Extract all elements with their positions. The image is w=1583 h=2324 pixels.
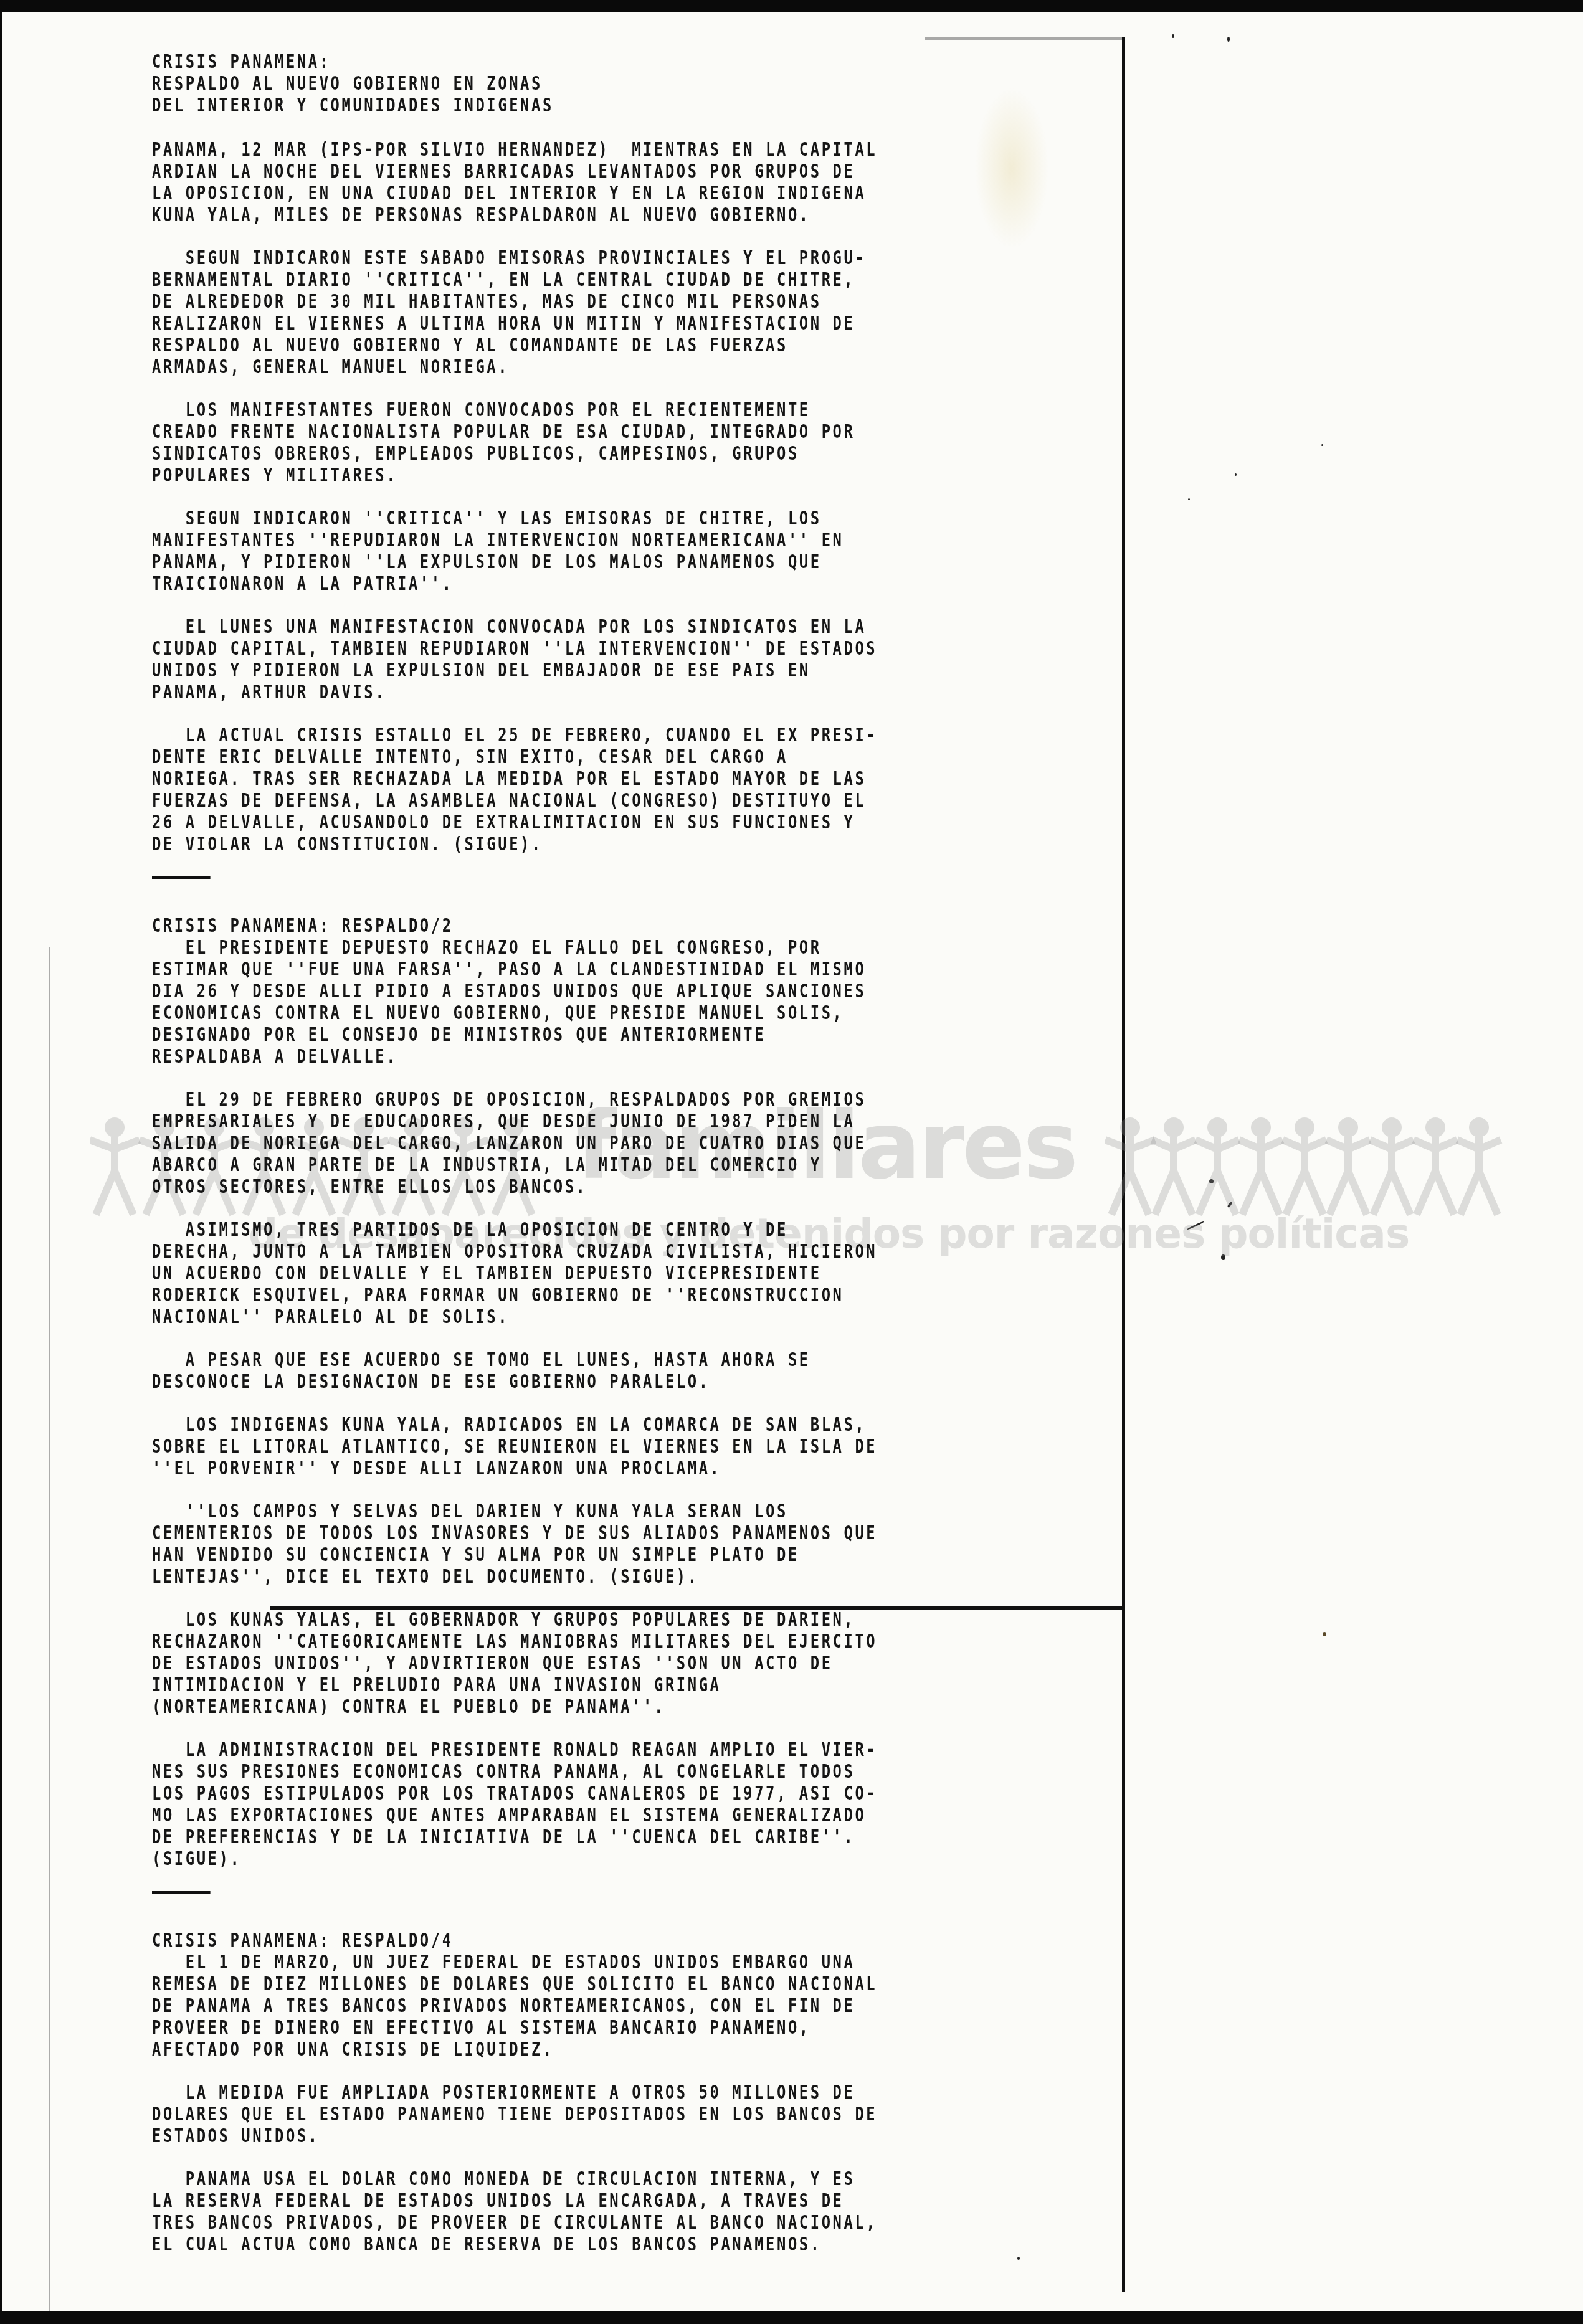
text-line: MO LAS EXPORTACIONES QUE ANTES AMPARABAN… bbox=[152, 1805, 1095, 1826]
text-line: (SIGUE). bbox=[152, 1848, 1095, 1870]
text-line: PANAMA, ARTHUR DAVIS. bbox=[152, 681, 1095, 703]
text-line: DERECHA, JUNTO A LA TAMBIEN OPOSITORA CR… bbox=[152, 1241, 1095, 1263]
paragraph: SEGUN INDICARON ''CRITICA'' Y LAS EMISOR… bbox=[152, 508, 1095, 595]
text-line: UN ACUERDO CON DELVALLE Y EL TAMBIEN DEP… bbox=[152, 1263, 1095, 1284]
text-line: DIA 26 Y DESDE ALLI PIDIO A ESTADOS UNID… bbox=[152, 980, 1095, 1002]
text-line: DOLARES QUE EL ESTADO PANAMENO TIENE DEP… bbox=[152, 2103, 1095, 2125]
paragraph: ''LOS CAMPOS Y SELVAS DEL DARIEN Y KUNA … bbox=[152, 1501, 1095, 1588]
text-line: ARDIAN LA NOCHE DEL VIERNES BARRICADAS L… bbox=[152, 161, 1095, 183]
section-slug: CRISIS PANAMENA: RESPALDO/2 bbox=[152, 915, 1095, 937]
text-line: NACIONAL'' PARALELO AL DE SOLIS. bbox=[152, 1306, 1095, 1328]
text-line: LOS INDIGENAS KUNA YALA, RADICADOS EN LA… bbox=[152, 1414, 1095, 1436]
paragraph: EL LUNES UNA MANIFESTACION CONVOCADA POR… bbox=[152, 616, 1095, 703]
text-line: DE ALREDEDOR DE 30 MIL HABITANTES, MAS D… bbox=[152, 291, 1095, 313]
headline: CRISIS PANAMENA:RESPALDO AL NUEVO GOBIER… bbox=[152, 51, 1095, 116]
paragraph: LOS MANIFESTANTES FUERON CONVOCADOS POR … bbox=[152, 399, 1095, 486]
paragraph: LOS INDIGENAS KUNA YALA, RADICADOS EN LA… bbox=[152, 1414, 1095, 1479]
text-line: KUNA YALA, MILES DE PERSONAS RESPALDARON… bbox=[152, 204, 1095, 226]
text-line: ESTIMAR QUE ''FUE UNA FARSA'', PASO A LA… bbox=[152, 959, 1095, 980]
text-line: TRAICIONARON A LA PATRIA''. bbox=[152, 573, 1095, 595]
text-line: LA ADMINISTRACION DEL PRESIDENTE RONALD … bbox=[152, 1739, 1095, 1761]
text-line: LOS MANIFESTANTES FUERON CONVOCADOS POR … bbox=[152, 399, 1095, 421]
text-line: CEMENTERIOS DE TODOS LOS INVASORES Y DE … bbox=[152, 1522, 1095, 1544]
headline-line: DEL INTERIOR Y COMUNIDADES INDIGENAS bbox=[152, 95, 1095, 116]
text-line: DENTE ERIC DELVALLE INTENTO, SIN EXITO, … bbox=[152, 746, 1095, 768]
section-end-dash bbox=[152, 1891, 211, 1894]
text-line: SEGUN INDICARON ESTE SABADO EMISORAS PRO… bbox=[152, 247, 1095, 269]
text-line: SALIDA DE NORIEGA DEL CARGO, LANZARON UN… bbox=[152, 1132, 1095, 1154]
text-line: EL 29 DE FEBRERO GRUPOS DE OPOSICION, RE… bbox=[152, 1089, 1095, 1111]
text-line: RESPALDO AL NUEVO GOBIERNO Y AL COMANDAN… bbox=[152, 334, 1095, 356]
paragraph: PANAMA USA EL DOLAR COMO MONEDA DE CIRCU… bbox=[152, 2168, 1095, 2255]
text-line: RESPALDABA A DELVALLE. bbox=[152, 1046, 1095, 1068]
text-line: REALIZARON EL VIERNES A ULTIMA HORA UN M… bbox=[152, 313, 1095, 334]
text-line: ESTADOS UNIDOS. bbox=[152, 2125, 1095, 2147]
dispatch-section: PANAMA, 12 MAR (IPS-POR SILVIO HERNANDEZ… bbox=[152, 139, 1095, 879]
article-column: CRISIS PANAMENA:RESPALDO AL NUEVO GOBIER… bbox=[152, 51, 1095, 2277]
dispatch-section: CRISIS PANAMENA: RESPALDO/2 EL PRESIDENT… bbox=[152, 915, 1095, 1588]
text-line: HAN VENDIDO SU CONCIENCIA Y SU ALMA POR … bbox=[152, 1544, 1095, 1566]
text-line: DE PANAMA A TRES BANCOS PRIVADOS NORTEAM… bbox=[152, 1995, 1095, 2017]
paragraph: LA ADMINISTRACION DEL PRESIDENTE RONALD … bbox=[152, 1739, 1095, 1870]
text-line: NES SUS PRESIONES ECONOMICAS CONTRA PANA… bbox=[152, 1761, 1095, 1783]
text-line: NORIEGA. TRAS SER RECHAZADA LA MEDIDA PO… bbox=[152, 768, 1095, 790]
left-margin-line bbox=[49, 947, 50, 2311]
article-body: PANAMA, 12 MAR (IPS-POR SILVIO HERNANDEZ… bbox=[152, 139, 1095, 2255]
text-line: DE PREFERENCIAS Y DE LA INICIATIVA DE LA… bbox=[152, 1826, 1095, 1848]
text-line: LENTEJAS'', DICE EL TEXTO DEL DOCUMENTO.… bbox=[152, 1566, 1095, 1588]
text-line: EL 1 DE MARZO, UN JUEZ FEDERAL DE ESTADO… bbox=[152, 1952, 1095, 1973]
column-border-line bbox=[1122, 37, 1125, 2292]
paragraph: A PESAR QUE ESE ACUERDO SE TOMO EL LUNES… bbox=[152, 1349, 1095, 1393]
dispatch-section: CRISIS PANAMENA: RESPALDO/4 EL 1 DE MARZ… bbox=[152, 1930, 1095, 2255]
text-line: EMPRESARIALES Y DE EDUCADORES, QUE DESDE… bbox=[152, 1111, 1095, 1132]
text-line: FUERZAS DE DEFENSA, LA ASAMBLEA NACIONAL… bbox=[152, 790, 1095, 812]
text-line: ECONOMICAS CONTRA EL NUEVO GOBIERNO, QUE… bbox=[152, 1002, 1095, 1024]
newspaper-clipping: familiares de desaparecidos y detenidos … bbox=[2, 12, 1583, 2311]
text-line: PANAMA, Y PIDIERON ''LA EXPULSION DE LOS… bbox=[152, 551, 1095, 573]
text-line: LA ACTUAL CRISIS ESTALLO EL 25 DE FEBRER… bbox=[152, 724, 1095, 746]
text-line: A PESAR QUE ESE ACUERDO SE TOMO EL LUNES… bbox=[152, 1349, 1095, 1371]
paragraph: EL 1 DE MARZO, UN JUEZ FEDERAL DE ESTADO… bbox=[152, 1952, 1095, 2061]
text-line: LOS PAGOS ESTIPULADOS POR LOS TRATADOS C… bbox=[152, 1783, 1095, 1805]
text-line: LA MEDIDA FUE AMPLIADA POSTERIORMENTE A … bbox=[152, 2082, 1095, 2103]
paragraph: LOS KUNAS YALAS, EL GOBERNADOR Y GRUPOS … bbox=[152, 1609, 1095, 1718]
text-line: BERNAMENTAL DIARIO ''CRITICA'', EN LA CE… bbox=[152, 269, 1095, 291]
text-line: CREADO FRENTE NACIONALISTA POPULAR DE ES… bbox=[152, 421, 1095, 443]
text-line: ''EL PORVENIR'' Y DESDE ALLI LANZARON UN… bbox=[152, 1458, 1095, 1479]
text-line: (NORTEAMERICANA) CONTRA EL PUEBLO DE PAN… bbox=[152, 1696, 1095, 1718]
paragraph: SEGUN INDICARON ESTE SABADO EMISORAS PRO… bbox=[152, 247, 1095, 378]
section-end-dash bbox=[152, 876, 211, 879]
text-line: SINDICATOS OBREROS, EMPLEADOS PUBLICOS, … bbox=[152, 443, 1095, 465]
top-edge-mark bbox=[925, 37, 1124, 40]
text-line: POPULARES Y MILITARES. bbox=[152, 465, 1095, 486]
text-line: ''LOS CAMPOS Y SELVAS DEL DARIEN Y KUNA … bbox=[152, 1501, 1095, 1522]
headline-line: CRISIS PANAMENA: bbox=[152, 51, 1095, 73]
text-line: CIUDAD CAPITAL, TAMBIEN REPUDIARON ''LA … bbox=[152, 638, 1095, 660]
text-line: DE VIOLAR LA CONSTITUCION. (SIGUE). bbox=[152, 833, 1095, 855]
text-line: ASIMISMO, TRES PARTIDOS DE LA OPOSICION … bbox=[152, 1219, 1095, 1241]
dispatch-section: LOS KUNAS YALAS, EL GOBERNADOR Y GRUPOS … bbox=[152, 1609, 1095, 1894]
paragraph: EL 29 DE FEBRERO GRUPOS DE OPOSICION, RE… bbox=[152, 1089, 1095, 1198]
text-line: SEGUN INDICARON ''CRITICA'' Y LAS EMISOR… bbox=[152, 508, 1095, 529]
text-line: UNIDOS Y PIDIERON LA EXPULSION DEL EMBAJ… bbox=[152, 660, 1095, 681]
headline-line: RESPALDO AL NUEVO GOBIERNO EN ZONAS bbox=[152, 73, 1095, 95]
text-line: INTIMIDACION Y EL PRELUDIO PARA UNA INVA… bbox=[152, 1674, 1095, 1696]
text-line: ABARCO A GRAN PARTE DE LA INDUSTRIA, LA … bbox=[152, 1154, 1095, 1176]
paragraph: EL PRESIDENTE DEPUESTO RECHAZO EL FALLO … bbox=[152, 937, 1095, 1068]
section-slug: CRISIS PANAMENA: RESPALDO/4 bbox=[152, 1930, 1095, 1952]
paragraph: LA ACTUAL CRISIS ESTALLO EL 25 DE FEBRER… bbox=[152, 724, 1095, 855]
text-line: MANIFESTANTES ''REPUDIARON LA INTERVENCI… bbox=[152, 529, 1095, 551]
text-line: AFECTADO POR UNA CRISIS DE LIQUIDEZ. bbox=[152, 2039, 1095, 2061]
text-line: EL LUNES UNA MANIFESTACION CONVOCADA POR… bbox=[152, 616, 1095, 638]
text-line: RECHAZARON ''CATEGORICAMENTE LAS MANIOBR… bbox=[152, 1631, 1095, 1653]
text-line: RODERICK ESQUIVEL, PARA FORMAR UN GOBIER… bbox=[152, 1284, 1095, 1306]
text-line: LA OPOSICION, EN UNA CIUDAD DEL INTERIOR… bbox=[152, 183, 1095, 204]
text-line: ARMADAS, GENERAL MANUEL NORIEGA. bbox=[152, 356, 1095, 378]
text-line: REMESA DE DIEZ MILLONES DE DOLARES QUE S… bbox=[152, 1973, 1095, 1995]
text-line: PROVEER DE DINERO EN EFECTIVO AL SISTEMA… bbox=[152, 2017, 1095, 2039]
text-line: EL CUAL ACTUA COMO BANCA DE RESERVA DE L… bbox=[152, 2234, 1095, 2255]
text-line: LOS KUNAS YALAS, EL GOBERNADOR Y GRUPOS … bbox=[152, 1609, 1095, 1631]
text-line: DESIGNADO POR EL CONSEJO DE MINISTROS QU… bbox=[152, 1024, 1095, 1046]
paragraph: LA MEDIDA FUE AMPLIADA POSTERIORMENTE A … bbox=[152, 2082, 1095, 2147]
text-line: LA RESERVA FEDERAL DE ESTADOS UNIDOS LA … bbox=[152, 2190, 1095, 2212]
text-line: PANAMA USA EL DOLAR COMO MONEDA DE CIRCU… bbox=[152, 2168, 1095, 2190]
stick-figures-chain-icon bbox=[1105, 1115, 1504, 1221]
paragraph: ASIMISMO, TRES PARTIDOS DE LA OPOSICION … bbox=[152, 1219, 1095, 1328]
paragraph: PANAMA, 12 MAR (IPS-POR SILVIO HERNANDEZ… bbox=[152, 139, 1095, 226]
text-line: DE ESTADOS UNIDOS'', Y ADVIRTIERON QUE E… bbox=[152, 1653, 1095, 1674]
text-line: TRES BANCOS PRIVADOS, DE PROVEER DE CIRC… bbox=[152, 2212, 1095, 2234]
text-line: EL PRESIDENTE DEPUESTO RECHAZO EL FALLO … bbox=[152, 937, 1095, 959]
text-line: SOBRE EL LITORAL ATLANTICO, SE REUNIERON… bbox=[152, 1436, 1095, 1458]
text-line: 26 A DELVALLE, ACUSANDOLO DE EXTRALIMITA… bbox=[152, 812, 1095, 833]
text-line: DESCONOCE LA DESIGNACION DE ESE GOBIERNO… bbox=[152, 1371, 1095, 1393]
text-line: OTROS SECTORES, ENTRE ELLOS LOS BANCOS. bbox=[152, 1176, 1095, 1198]
text-line: PANAMA, 12 MAR (IPS-POR SILVIO HERNANDEZ… bbox=[152, 139, 1095, 161]
